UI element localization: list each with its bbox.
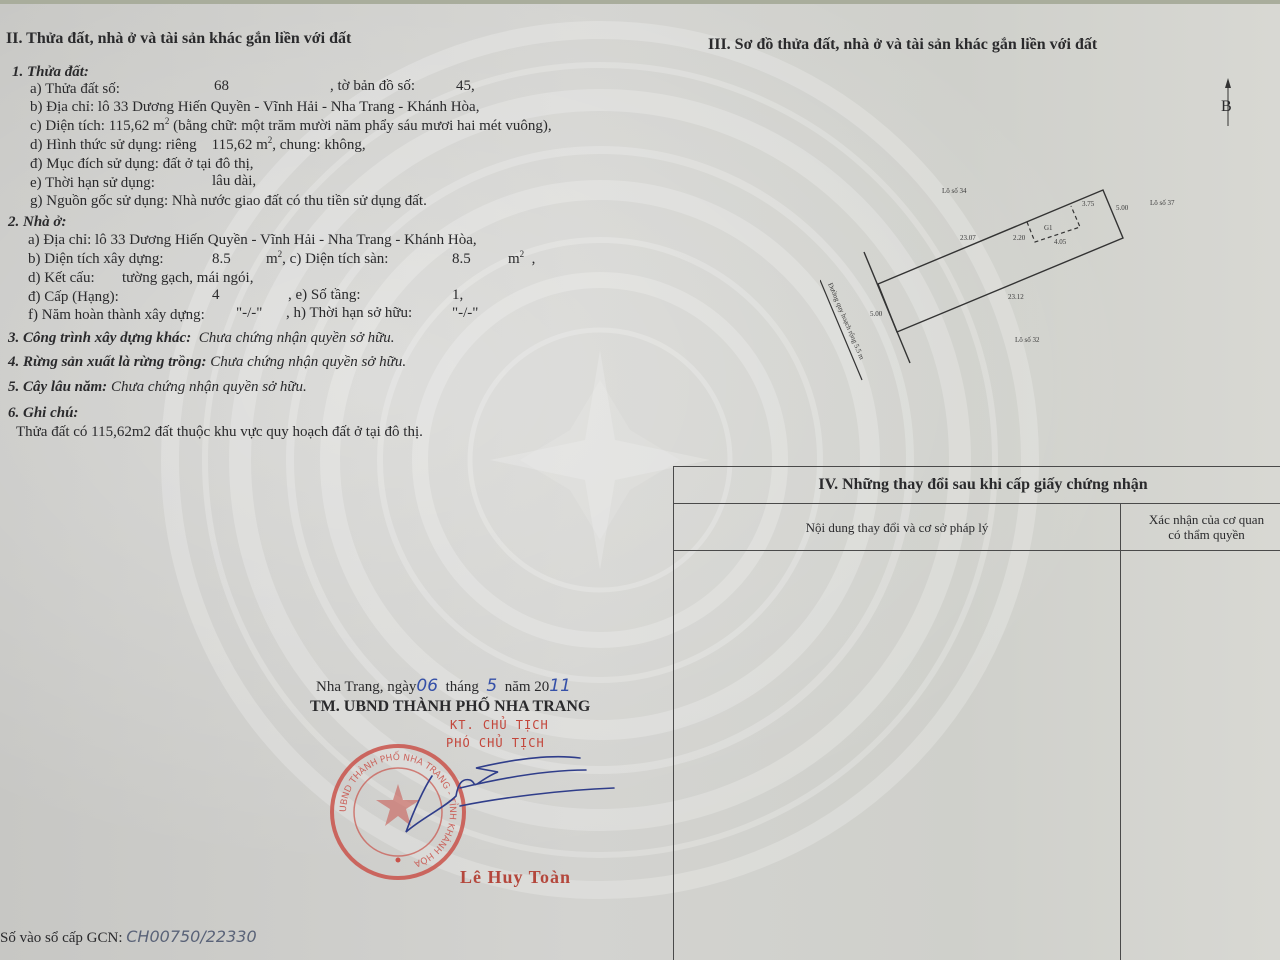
term-label: e) Thời hạn sử dụng: [30,174,155,192]
land-heading: 1. Thửa đất: [12,63,89,81]
land-area-label: c) Diện tích: 115,62 m [30,118,165,134]
other-construction-heading: 3. Công trình xây dựng khác: [8,330,191,346]
house-label: G1 [1044,224,1053,232]
unit-m: m [508,251,520,267]
stamp-role-1: KT. CHỦ TỊCH [450,716,549,734]
build-area-label: b) Diện tích xây dựng: [28,250,164,268]
date-prefix: Nha Trang, ngày [316,679,416,695]
perennial-heading: 5. Cây lâu năm: [8,379,107,395]
usage-private: 115,62 m [212,137,268,153]
floor-area-unit: m2 , [508,250,535,268]
forest-heading: 4. Rừng sản xuất là rừng trồng: [8,354,206,370]
section-2-heading: II. Thửa đất, nhà ở và tài sản khác gắn … [6,30,351,48]
floor-area-value: 8.5 [452,250,471,268]
edge-left-label: 5.00 [870,310,883,318]
date-year-suffix: 11 [549,676,571,696]
changes-content-cell [674,550,1121,960]
house-width-label: 4.05 [1054,238,1067,246]
neighbor-bottom-label: Lô số 32 [1015,336,1040,344]
usage-shared: chung: không, [280,137,366,153]
col-header-confirm-line2: có thẩm quyền [1121,527,1280,542]
parcel-label: a) Thửa đất số: [30,80,120,98]
notes-value: Thửa đất có 115,62m2 đất thuộc khu vực q… [16,423,423,441]
house-address: a) Địa chỉ: lô 33 Dương Hiến Quyền - Vĩn… [28,231,477,249]
structure-value: tường gạch, mái ngói, [122,269,253,287]
floors-label: , e) Số tầng: [288,286,361,304]
edge-right-label: 5.00 [1116,204,1129,212]
house-heading: 2. Nhà ở: [8,213,66,231]
edge-bottom-label: 23.12 [1008,293,1024,301]
section-4-heading: IV. Những thay đổi sau khi cấp giấy chứn… [674,467,1280,504]
completion-value: "-/-" [236,304,262,322]
grade-label: đ) Cấp (Hạng): [28,288,119,306]
land-purpose: đ) Mục đích sử dụng: đất ở tại đô thị, [30,155,254,173]
date-year-label: năm 20 [505,679,550,695]
col-header-confirm: Xác nhận của cơ quan có thẩm quyền [1121,504,1280,551]
registry-label: Số vào sổ cấp GCN: [0,930,123,946]
unit-m: m [266,251,278,267]
forest-value: Chưa chứng nhận quyền sở hữu. [210,354,406,370]
land-area: c) Diện tích: 115,62 m2 (bằng chữ: một t… [30,117,552,135]
term-value: lâu dài, [212,172,256,190]
floor-area-label: , c) Diện tích sàn: [282,251,388,267]
section-3-heading: III. Sơ đồ thửa đất, nhà ở và tài sản kh… [708,36,1097,54]
neighbor-top-label: Lô số 34 [942,187,967,195]
other-construction-value: Chưa chứng nhận quyền sở hữu. [199,330,395,346]
issue-date: Nha Trang, ngày06 tháng 5 năm 2011 [316,677,571,696]
map-sheet-label: , tờ bản đồ số: [330,77,415,95]
perennial: 5. Cây lâu năm: Chưa chứng nhận quyền sở… [8,378,307,396]
usage-form-label: d) Hình thức sử dụng: riêng [30,137,197,153]
floors-value: 1, [452,286,463,304]
col-header-confirm-line1: Xác nhận của cơ quan [1121,512,1280,527]
col-header-content: Nội dung thay đổi và cơ sở pháp lý [674,504,1121,551]
house-offset-label: 3.75 [1082,200,1095,208]
road-label: Đường quy hoạch rộng 5.5 m [826,282,866,362]
ownership-term-label: , h) Thời hạn sở hữu: [286,304,412,322]
land-origin: g) Nguồn gốc sử dụng: Nhà nước giao đất … [30,192,427,210]
land-address: b) Địa chỉ: lô 33 Dương Hiến Quyền - Vĩn… [30,98,479,116]
house-depth-label: 2.20 [1013,234,1026,242]
forest: 4. Rừng sản xuất là rừng trồng: Chưa chứ… [8,353,406,371]
changes-confirm-cell [1121,550,1280,960]
completion-label: f) Năm hoàn thành xây dựng: [28,306,205,324]
land-area-words: (bằng chữ: một trăm mười năm phẩy sáu mư… [169,118,551,134]
registry-value: CH00750/22330 [126,927,256,946]
build-area-value: 8.5 [212,250,231,268]
page-edge [0,0,1280,4]
notes-heading: 6. Ghi chú: [8,404,78,422]
signer-name: Lê Huy Toàn [460,868,571,886]
structure-label: d) Kết cấu: [28,269,95,287]
registry: Số vào sổ cấp GCN: CH00750/22330 [0,928,257,947]
edge-top-label: 23.07 [960,234,976,242]
date-day: 06 [416,676,438,696]
map-sheet-number: 45, [456,77,475,95]
authority: TM. UBND THÀNH PHỐ NHA TRANG [310,698,590,716]
other-construction: 3. Công trình xây dựng khác: Chưa chứng … [8,329,395,347]
land-plot-diagram: Lô số 34 Lô số 37 Lô số 32 23.07 23.12 5… [820,180,1220,390]
grade-value: 4 [212,286,220,304]
usage-form: d) Hình thức sử dụng: riêng 115,62 m2, c… [30,136,366,154]
parcel-number: 68 [214,77,229,95]
build-area-unit: m2, c) Diện tích sàn: [266,250,388,268]
ownership-term-value: "-/-" [452,304,478,322]
changes-table: IV. Những thay đổi sau khi cấp giấy chứn… [673,466,1280,960]
date-month: 5 [486,676,497,696]
north-label: B [1221,98,1232,116]
perennial-value: Chưa chứng nhận quyền sở hữu. [111,379,307,395]
neighbor-right-label: Lô số 37 [1150,199,1175,207]
signature-icon [400,748,620,838]
date-month-label: tháng [446,679,479,695]
certificate-page: II. Thửa đất, nhà ở và tài sản khác gắn … [0,0,1280,960]
